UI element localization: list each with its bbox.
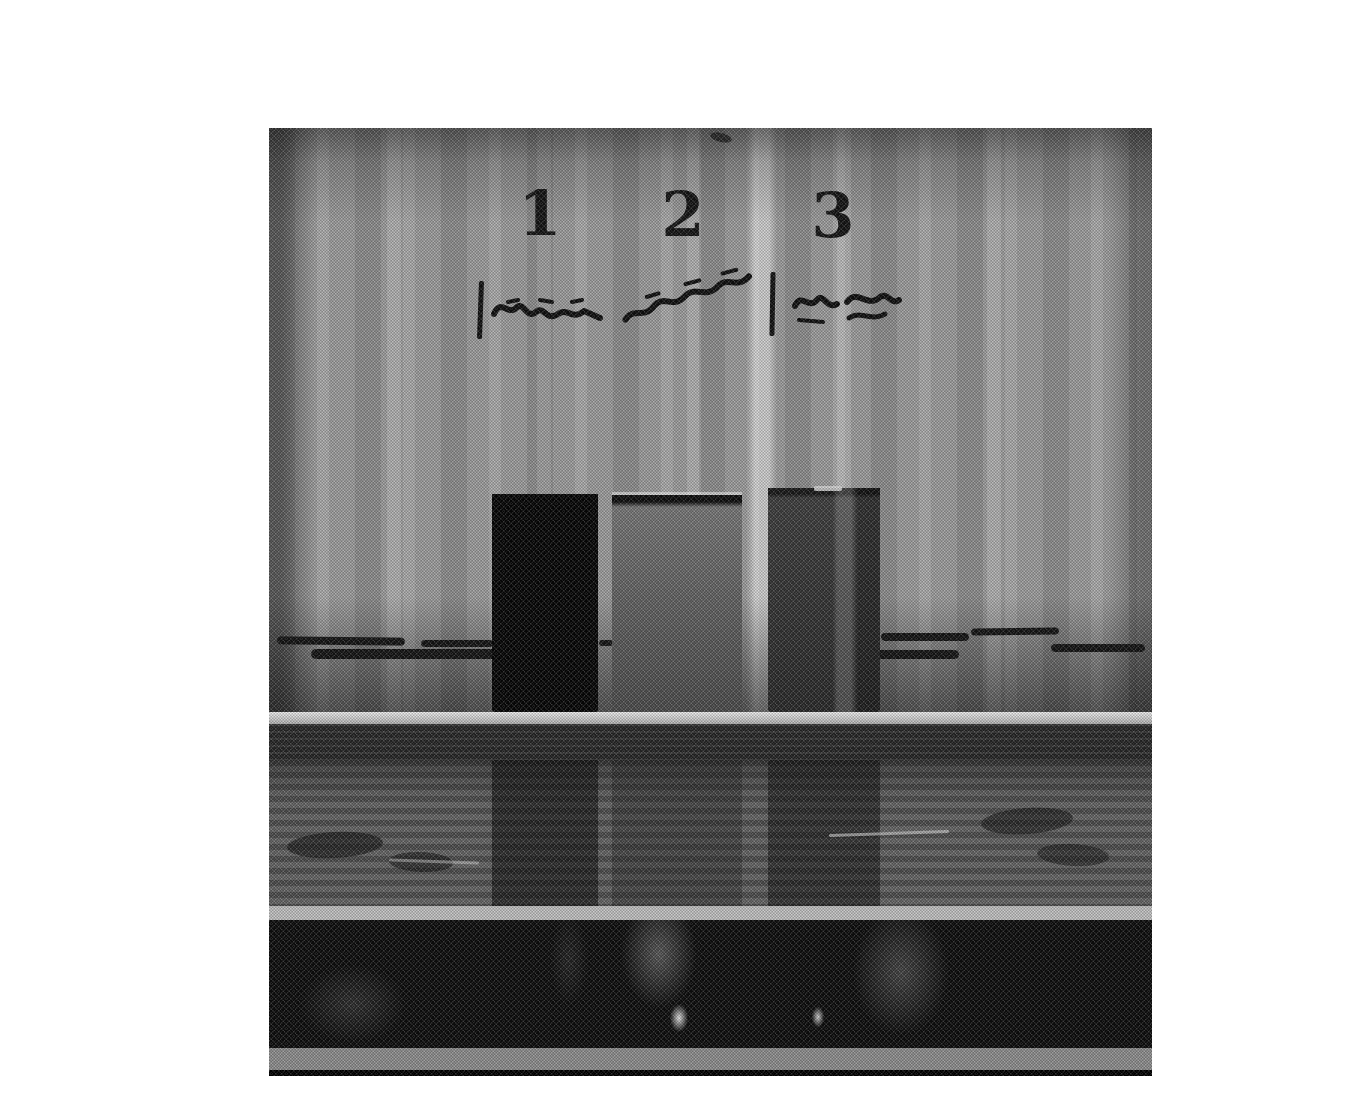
reflection-blob	[286, 830, 383, 861]
photo-bottom-edge	[269, 1070, 1152, 1076]
lower-shelf-highlight	[269, 906, 1152, 920]
container-rim-highlight	[814, 486, 842, 491]
sample-container-1	[492, 494, 598, 712]
sample-number-3: 3	[808, 185, 858, 247]
photograph: 1 2 3	[269, 128, 1152, 1076]
water-surface-dash	[277, 636, 405, 645]
sample-number-1: 1	[517, 183, 563, 245]
bottom-grit-strip	[269, 1048, 1152, 1070]
water-surface-dash	[421, 640, 493, 647]
water-surface-dash	[971, 627, 1059, 635]
reflection-band	[269, 760, 1152, 906]
sample-number-2: 2	[657, 184, 709, 246]
sample-container-2	[612, 495, 742, 712]
document-page: { "page": { "background": "#ffffff" }, "…	[0, 0, 1356, 1116]
shelf-dark-band	[269, 724, 1152, 760]
water-surface-dash	[599, 640, 613, 646]
water-surface-dash	[1051, 644, 1145, 652]
bottom-reflection-band	[269, 920, 1152, 1048]
water-surface-dash	[881, 633, 969, 641]
reflection-blob	[1036, 842, 1109, 868]
reflection-blob	[980, 805, 1074, 837]
water-surface-dash	[867, 650, 959, 659]
handwritten-label-1	[488, 280, 608, 332]
reflection-container-1	[492, 760, 598, 906]
water-surface-dash	[311, 649, 519, 659]
sample-container-3	[768, 488, 880, 712]
table-edge-highlight	[269, 712, 1152, 724]
reflection-container-2	[612, 760, 742, 906]
handwritten-label-3	[787, 276, 899, 330]
